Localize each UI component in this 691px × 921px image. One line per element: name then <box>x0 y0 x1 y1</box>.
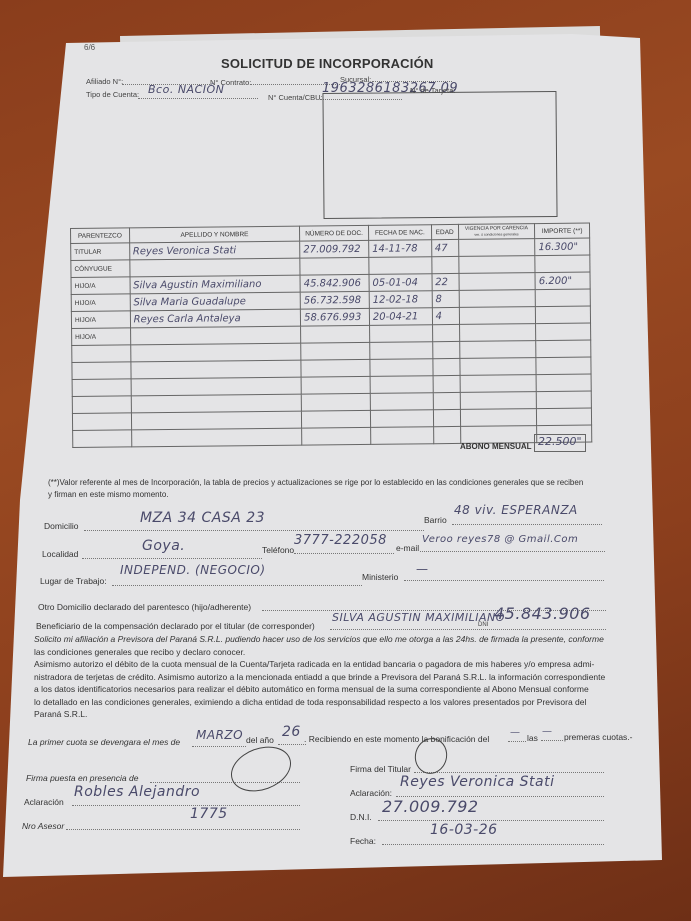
barrio-label: Barrio <box>424 515 447 525</box>
afiliado-label: Afiliado N°: <box>86 77 123 86</box>
ministerio-value: — <box>416 562 429 576</box>
cell-parentezco: HIJO/A <box>71 277 130 295</box>
barrio-value: 48 viv. ESPERANZA <box>454 503 578 517</box>
ministerio-field[interactable] <box>404 580 604 581</box>
localidad-label: Localidad <box>42 549 78 559</box>
first-quota-month: MARZO <box>196 728 243 742</box>
firma-titular-field[interactable] <box>414 772 604 773</box>
cell-vigencia[interactable] <box>459 290 536 308</box>
cell-fecha[interactable] <box>370 393 433 411</box>
advisor-signature-scribble <box>225 739 298 800</box>
card-number-box[interactable] <box>322 91 557 219</box>
terms-line: Paraná S.R.L. <box>34 708 605 721</box>
cell-parentezco <box>72 362 131 380</box>
terms-line: las condiciones generales que recibo y d… <box>34 646 605 659</box>
cell-edad[interactable] <box>431 256 458 273</box>
cell-vigencia[interactable] <box>459 307 536 325</box>
cell-nombre[interactable]: Reyes Veronica Stati <box>129 241 300 260</box>
dni-value: 27.009.792 <box>382 797 479 816</box>
tipo-cuenta-label: Tipo de Cuenta: <box>86 90 139 99</box>
las-value: — <box>542 726 553 737</box>
cell-nombre[interactable] <box>131 360 302 379</box>
cell-parentezco: CÓNYUGUE <box>71 260 130 278</box>
terms-line: Asimismo autorizo el débito de la cuota … <box>34 658 605 671</box>
asesor-value: 1775 <box>190 806 228 822</box>
cell-importe[interactable] <box>536 306 591 324</box>
first-quota-suffix: premeras cuotas.- <box>564 731 633 744</box>
lugar-trabajo-value: INDEPEND. (NEGOCIO) <box>120 563 266 577</box>
cell-edad[interactable] <box>433 358 460 375</box>
first-quota-month-field[interactable] <box>192 746 246 747</box>
cell-nombre[interactable] <box>131 377 302 396</box>
cell-doc[interactable] <box>301 376 370 394</box>
beneficiario-field[interactable] <box>330 629 606 630</box>
aclaracion-left-value: Robles Alejandro <box>74 784 200 800</box>
cell-fecha[interactable] <box>370 359 433 377</box>
cell-importe[interactable] <box>535 255 590 273</box>
cell-vigencia[interactable] <box>459 273 536 291</box>
cell-parentezco: HIJO/A <box>72 328 131 346</box>
firma-titular-label: Firma del Titular <box>350 764 411 774</box>
cell-importe[interactable] <box>536 323 591 341</box>
fecha-field[interactable] <box>382 844 604 845</box>
domicilio-field[interactable] <box>84 530 424 531</box>
localidad-field[interactable] <box>82 558 262 559</box>
vigencia-title: VIGENCIA POR CARENCIA <box>465 225 528 232</box>
presencia-label: Firma puesta en presencia de <box>26 773 138 783</box>
cell-importe[interactable] <box>537 408 592 426</box>
cell-parentezco <box>72 413 131 431</box>
cell-edad[interactable] <box>432 324 459 341</box>
cell-vigencia[interactable] <box>460 375 537 393</box>
cell-doc[interactable]: 27.009.792 <box>300 240 369 258</box>
vigencia-sub: ver. 4 condiciones generales <box>474 232 518 236</box>
ministerio-label: Ministerio <box>362 572 398 582</box>
cell-edad[interactable] <box>432 341 459 358</box>
cell-fecha[interactable]: 14-11-78 <box>369 240 432 258</box>
aclaracion-left-label: Aclaración <box>24 797 64 807</box>
aclaracion-right-value: Reyes Veronica Stati <box>400 774 555 790</box>
terms-line: nistradora de terjetas de crédito. Asimi… <box>34 671 605 684</box>
cell-doc[interactable]: 56.732.598 <box>300 291 369 309</box>
fecha-label: Fecha: <box>350 836 376 846</box>
dni-label: D.N.I. <box>350 812 372 822</box>
cell-parentezco <box>72 396 131 414</box>
email-label: e-mail <box>396 543 419 553</box>
cell-doc[interactable] <box>300 257 369 275</box>
email-value: Veroo reyes78 @ Gmail.Com <box>422 534 578 545</box>
cell-vigencia[interactable] <box>459 358 536 376</box>
cell-nombre[interactable] <box>130 343 301 362</box>
asesor-field[interactable] <box>66 829 300 830</box>
cell-fecha[interactable] <box>369 257 432 275</box>
cell-fecha[interactable] <box>369 325 432 343</box>
tipo-cuenta-field[interactable] <box>138 98 258 99</box>
cell-doc[interactable] <box>301 325 370 343</box>
beneficiario-label: Beneficiario de la compensación declarad… <box>36 621 315 631</box>
terms-line: Solicito mi afiliación a Previsora del P… <box>34 633 605 646</box>
cell-nombre[interactable]: Silva Maria Guadalupe <box>130 292 301 311</box>
abono-mensual-label: ABONO MENSUAL <box>460 442 532 451</box>
terms-block: Solicito mi afiliación a Previsora del P… <box>34 633 605 721</box>
bonif-field[interactable] <box>508 741 526 742</box>
cell-vigencia[interactable] <box>458 239 535 257</box>
aclaracion-left-field[interactable] <box>72 805 300 806</box>
lugar-trabajo-label: Lugar de Trabajo: <box>40 576 107 586</box>
cell-doc[interactable]: 58.676.993 <box>300 308 369 326</box>
tipo-cuenta-value: Bco. NACIÓN <box>148 83 224 96</box>
terms-line: a los datos identificatorios necesarios … <box>34 683 605 696</box>
cell-nombre[interactable]: Reyes Carla Antaleya <box>130 309 301 328</box>
col-parentezco: PARENTEZCO <box>71 228 130 244</box>
telefono-label: Teléfono <box>262 545 294 555</box>
cell-edad[interactable] <box>433 409 460 426</box>
asesor-label: Nro Asesor <box>22 821 64 831</box>
cell-importe[interactable] <box>536 357 591 375</box>
domicilio-value: MZA 34 CASA 23 <box>140 510 265 526</box>
las-field[interactable] <box>541 740 563 741</box>
cell-importe[interactable]: 6.200" <box>535 272 590 290</box>
telefono-value: 3777-222058 <box>294 533 387 548</box>
cell-parentezco: HIJO/A <box>71 294 130 312</box>
cell-fecha[interactable]: 05-01-04 <box>369 274 432 292</box>
terms-line: lo detallado en las condiciones generale… <box>34 696 605 709</box>
col-doc: NÚMERO DE DOC. <box>300 225 369 241</box>
cell-fecha[interactable] <box>370 410 433 428</box>
page-marker: 6/6 <box>84 43 95 52</box>
beneficiario-dni-label: DNI <box>478 622 488 628</box>
cell-nombre[interactable] <box>130 326 301 345</box>
email-field[interactable] <box>420 551 605 552</box>
cell-fecha[interactable]: 12-02-18 <box>369 291 432 309</box>
cell-nombre[interactable] <box>131 394 302 413</box>
lugar-trabajo-field[interactable] <box>112 585 362 586</box>
first-quota-year-label: del año <box>246 734 274 747</box>
cell-edad[interactable] <box>433 392 460 409</box>
cell-nombre[interactable]: Silva Agustin Maximiliano <box>130 275 301 294</box>
note-line-2: y firman en este mismo momento. <box>48 489 168 502</box>
first-quota-year: 26 <box>282 724 301 740</box>
cell-fecha[interactable] <box>370 376 433 394</box>
abono-mensual-value[interactable]: 22.500" <box>534 434 586 452</box>
col-importe: IMPORTE (**) <box>535 223 590 239</box>
localidad-value: Goya. <box>142 538 185 554</box>
cell-vigencia[interactable] <box>458 256 535 274</box>
cuenta-cbu-label: N° Cuenta/CBU: <box>268 93 323 102</box>
note-line-1: (**)Valor referente al mes de Incorporac… <box>48 477 583 490</box>
fecha-value: 16-03-26 <box>430 822 498 838</box>
cell-nombre[interactable] <box>131 428 302 447</box>
bonif-value: — <box>510 727 521 738</box>
cell-nombre[interactable] <box>129 258 300 277</box>
domicilio-label: Domicilio <box>44 521 78 531</box>
barrio-field[interactable] <box>452 524 602 525</box>
cell-edad[interactable]: 47 <box>431 239 458 256</box>
cell-fecha[interactable] <box>371 427 434 445</box>
cell-vigencia[interactable] <box>460 426 537 444</box>
cell-edad[interactable] <box>433 375 460 392</box>
cell-edad[interactable]: 22 <box>432 273 459 290</box>
cell-doc[interactable] <box>301 342 370 360</box>
cell-nombre[interactable] <box>131 411 302 430</box>
cell-parentezco: HIJO/A <box>71 311 130 329</box>
first-quota-year-field[interactable] <box>278 744 306 745</box>
cell-doc[interactable] <box>301 393 370 411</box>
cell-importe[interactable] <box>537 391 592 409</box>
cell-parentezco <box>72 345 131 363</box>
las-label: las <box>527 732 538 745</box>
cell-fecha[interactable]: 20-04-21 <box>369 308 432 326</box>
cell-vigencia[interactable] <box>459 341 536 359</box>
members-table: PARENTEZCO APELLIDO Y NOMBRE NÚMERO DE D… <box>70 223 592 448</box>
dni-field[interactable] <box>378 820 604 821</box>
cell-doc[interactable] <box>302 427 371 445</box>
form-sheet: 6/6 SOLICITUD DE INCORPORACIÓN Afiliado … <box>0 0 691 921</box>
cell-vigencia[interactable] <box>460 409 537 427</box>
cell-fecha[interactable] <box>370 342 433 360</box>
beneficiario-dni-value: 45.843.906 <box>494 604 591 623</box>
cell-edad[interactable]: 4 <box>432 307 459 324</box>
cell-vigencia[interactable] <box>459 324 536 342</box>
first-quota-prefix: La primer cuota se devengara el mes de <box>28 736 180 749</box>
otro-domicilio-label: Otro Domicilio declarado del parentesco … <box>38 602 251 612</box>
cell-doc[interactable] <box>302 410 371 428</box>
cell-parentezco <box>73 430 132 448</box>
cell-doc[interactable] <box>301 359 370 377</box>
cell-edad[interactable] <box>433 426 460 443</box>
cell-importe[interactable] <box>535 289 590 307</box>
col-edad: EDAD <box>431 224 458 239</box>
cell-edad[interactable]: 8 <box>432 290 459 307</box>
form-title: SOLICITUD DE INCORPORACIÓN <box>221 56 433 71</box>
cell-parentezco: TITULAR <box>71 243 130 261</box>
first-quota-middle: . Recibiendo en este momento la bonifica… <box>304 733 489 746</box>
cell-importe[interactable] <box>536 340 591 358</box>
cell-doc[interactable]: 45.842.906 <box>300 274 369 292</box>
cell-importe[interactable]: 16.300" <box>535 238 590 256</box>
cell-vigencia[interactable] <box>460 392 537 410</box>
cell-parentezco <box>72 379 131 397</box>
col-fecha: FECHA DE NAC. <box>368 225 431 241</box>
cell-importe[interactable] <box>536 374 591 392</box>
col-vigencia: VIGENCIA POR CARENCIA ver. 4 condiciones… <box>458 224 535 240</box>
telefono-field[interactable] <box>294 553 394 554</box>
